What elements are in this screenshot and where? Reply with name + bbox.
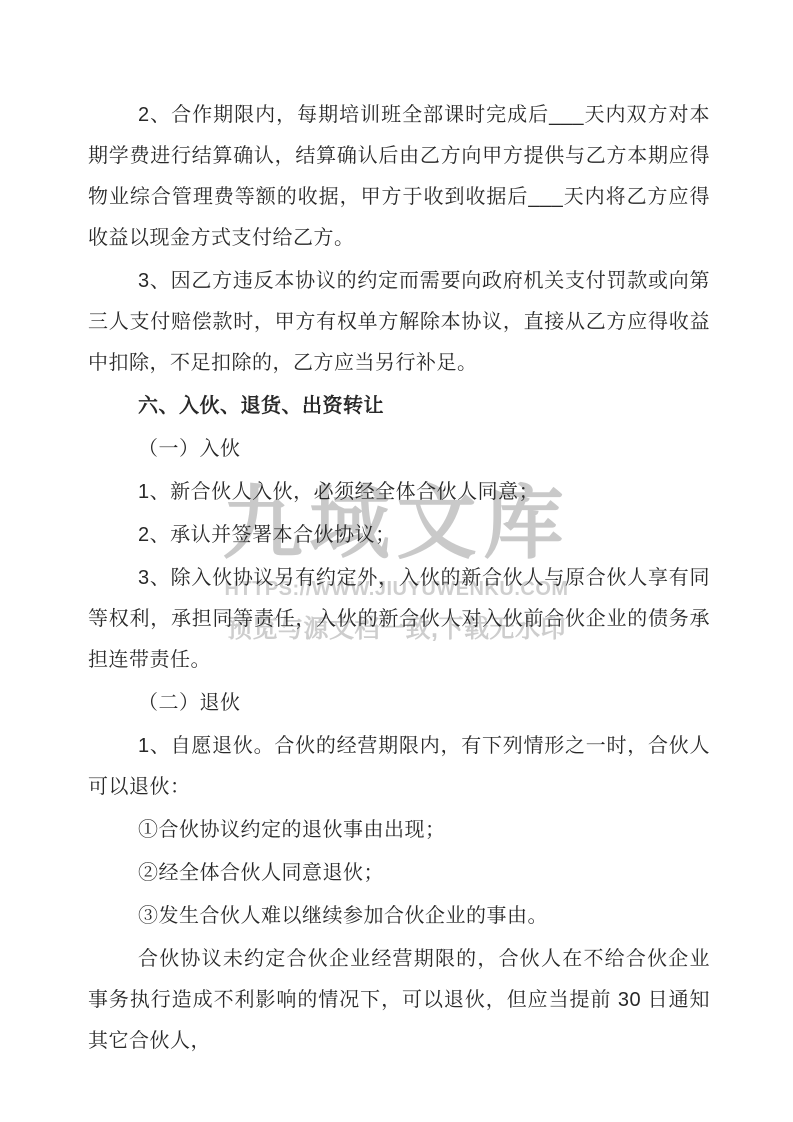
paragraph: （一）入伙 bbox=[88, 429, 710, 470]
paragraph: ①合伙协议约定的退伙事由出现； bbox=[88, 810, 710, 851]
paragraph: 2、合作期限内，每期培训班全部课时完成后___天内双方对本期学费进行结算确认，结… bbox=[88, 95, 710, 259]
paragraph: ③发生合伙人难以继续参加合伙企业的事由。 bbox=[88, 896, 710, 937]
paragraph: 3、因乙方违反本协议的约定而需要向政府机关支付罚款或向第三人支付赔偿款时，甲方有… bbox=[88, 261, 710, 384]
document-body: 2、合作期限内，每期培训班全部课时完成后___天内双方对本期学费进行结算确认，结… bbox=[88, 95, 710, 1064]
paragraph: 合伙协议未约定合伙企业经营期限的，合伙人在不给合伙企业事务执行造成不利影响的情况… bbox=[88, 939, 710, 1062]
section-heading: 六、入伙、退货、出资转让 bbox=[88, 386, 710, 427]
paragraph: （二）退伙 bbox=[88, 683, 710, 724]
document-page: 九域文库 HTTPS://WWW.JIUYUWENKU.COM 预览与源文档一致… bbox=[0, 0, 793, 1122]
paragraph: ②经全体合伙人同意退伙； bbox=[88, 853, 710, 894]
paragraph: 2、承认并签署本合伙协议； bbox=[88, 515, 710, 556]
paragraph: 1、自愿退伙。合伙的经营期限内，有下列情形之一时，合伙人可以退伙： bbox=[88, 726, 710, 808]
paragraph: 3、除入伙协议另有约定外，入伙的新合伙人与原合伙人享有同等权利，承担同等责任，入… bbox=[88, 558, 710, 681]
paragraph: 1、新合伙人入伙，必须经全体合伙人同意； bbox=[88, 472, 710, 513]
